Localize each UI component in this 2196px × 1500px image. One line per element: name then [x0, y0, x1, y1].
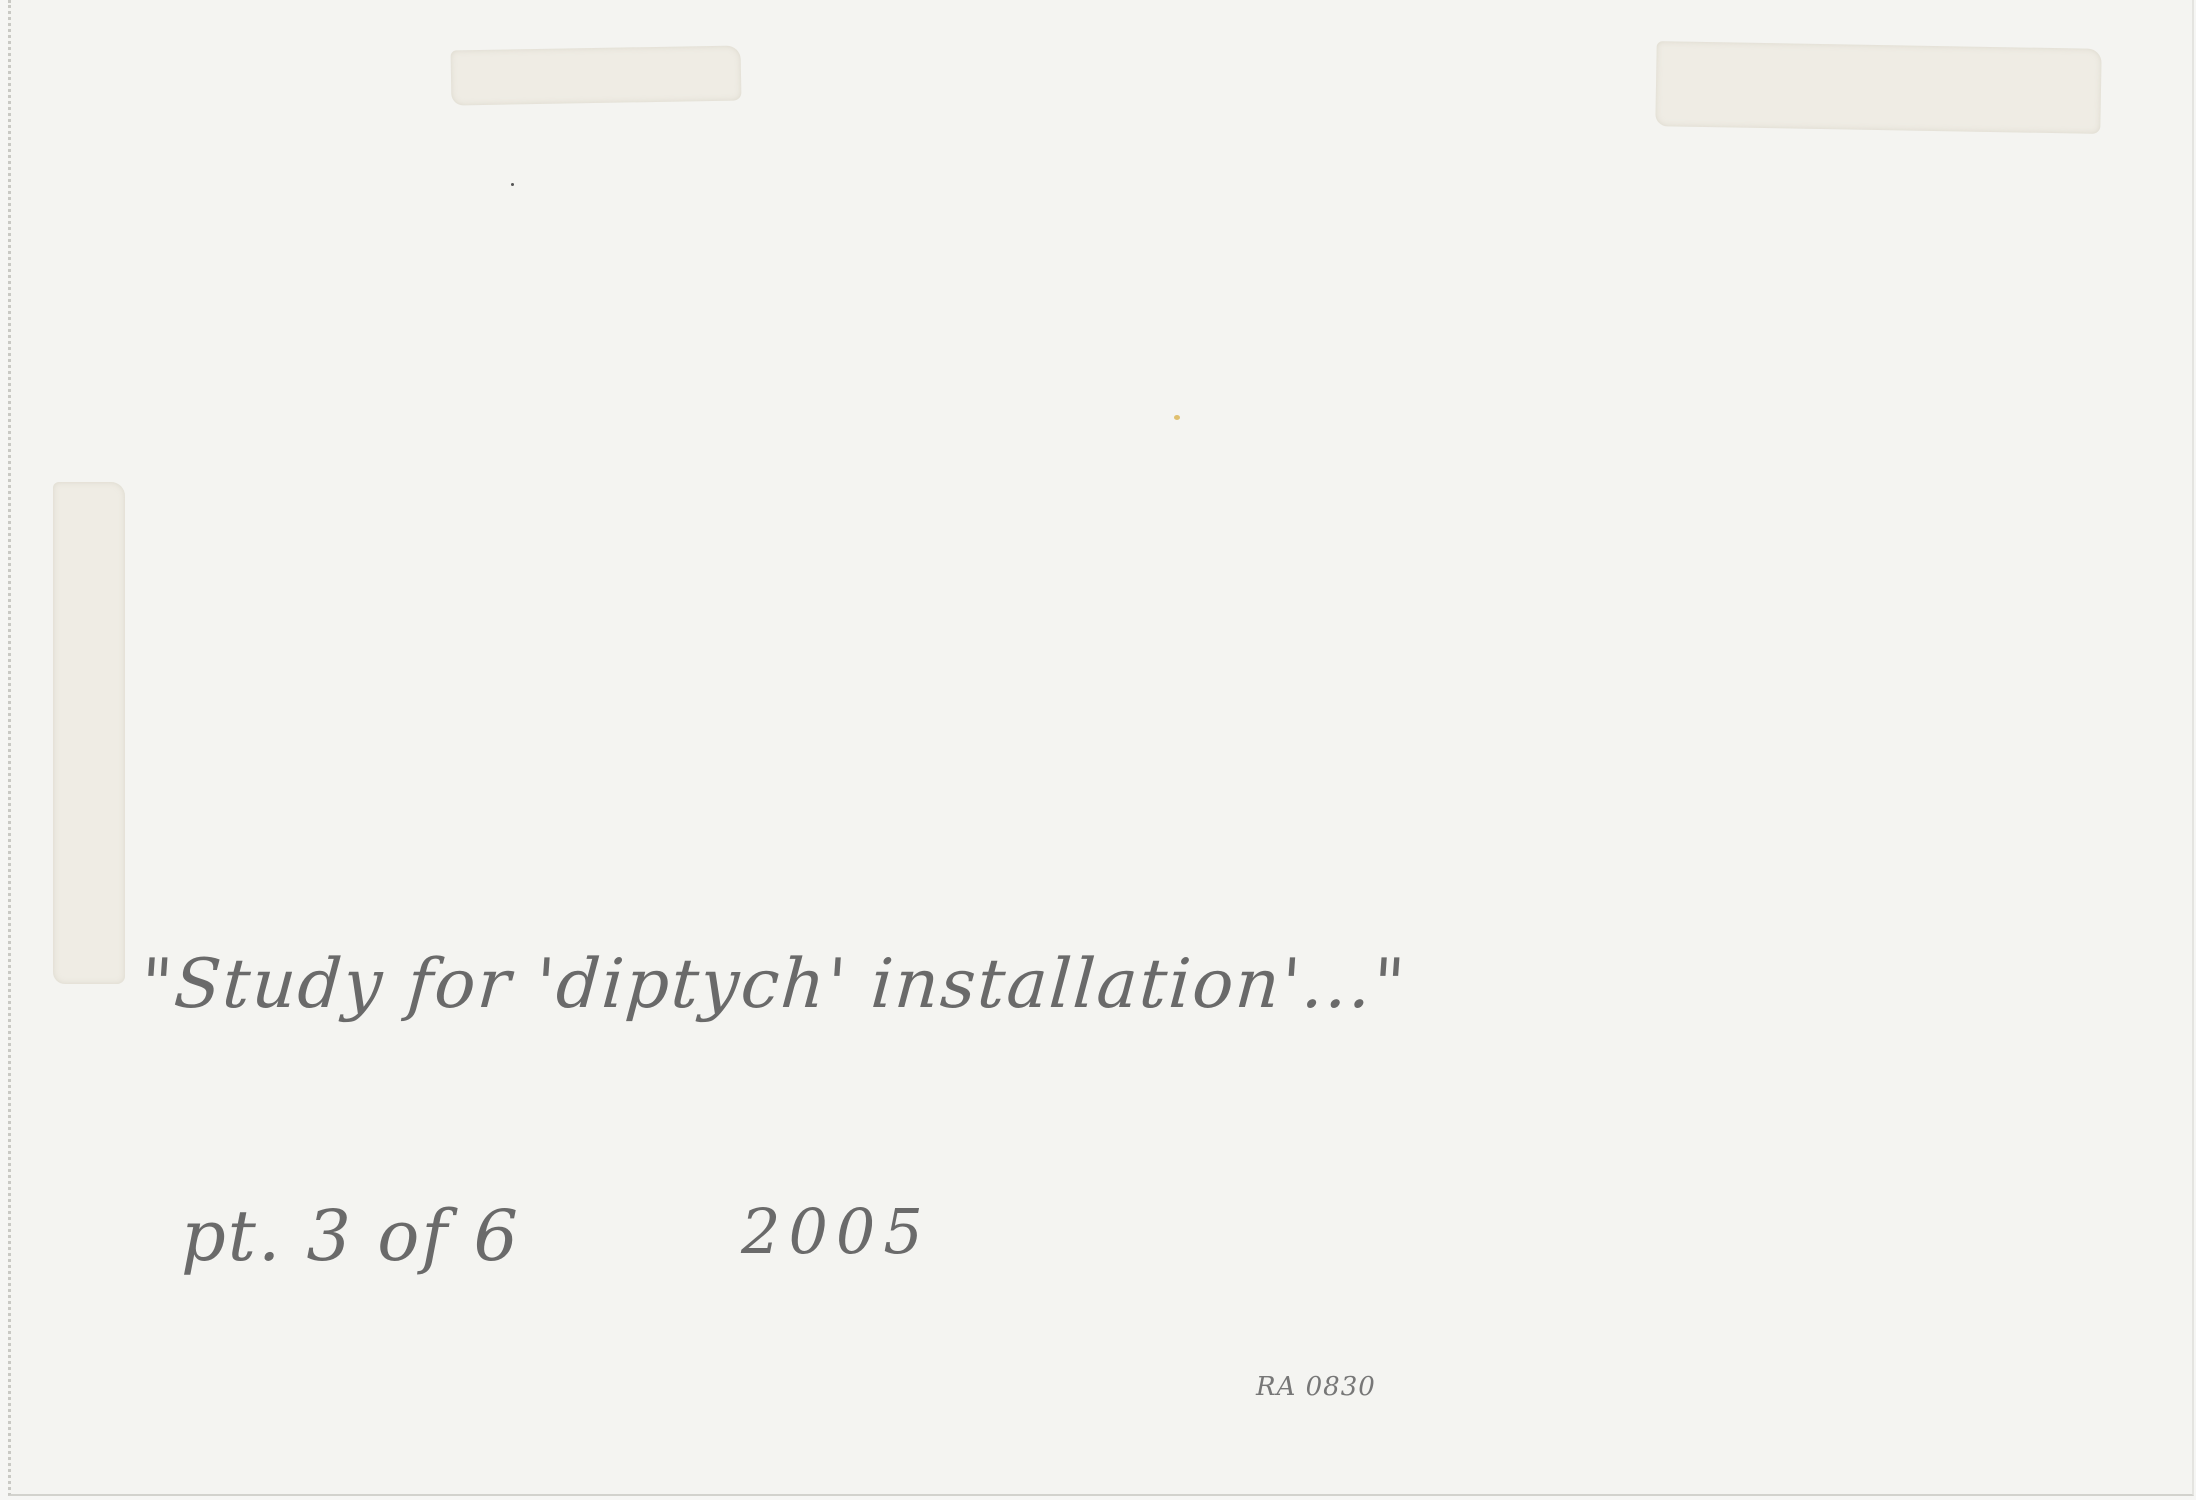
handwritten-title: "Study for 'diptych' installation'..."	[138, 945, 1409, 1024]
tape-residue-top-left	[451, 45, 742, 105]
paper-sheet: "Study for 'diptych' installation'..." p…	[8, 0, 2194, 1496]
pencil-dot	[511, 183, 514, 186]
inventory-number: RA 0830	[1256, 1372, 1376, 1402]
yellow-speck	[1174, 415, 1180, 420]
tape-residue-left	[53, 482, 125, 984]
tape-residue-top-right	[1655, 41, 2101, 134]
handwritten-part-number: pt. 3 of 6	[181, 1195, 520, 1277]
handwritten-year: 2005	[741, 1195, 931, 1268]
